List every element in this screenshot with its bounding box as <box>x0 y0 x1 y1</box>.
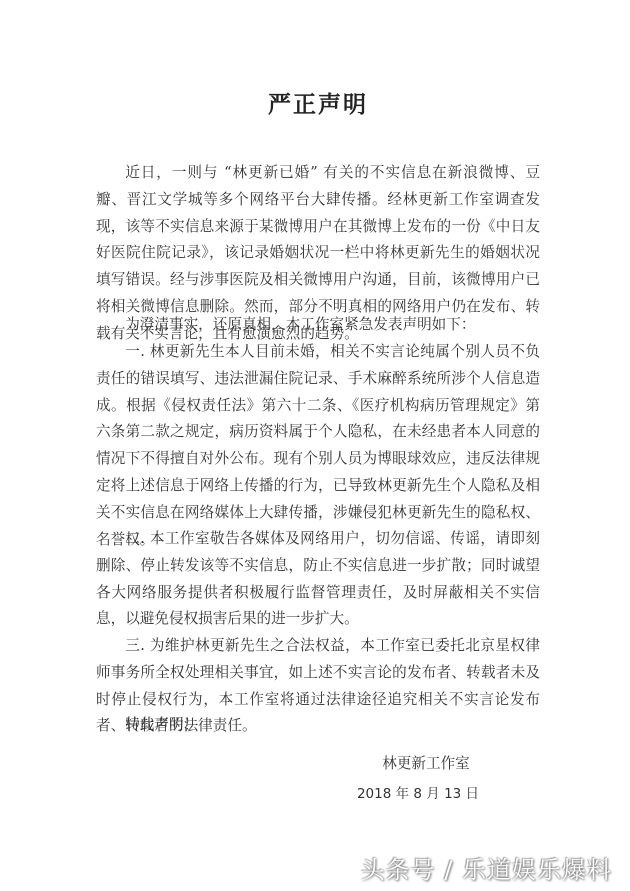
paragraph-point-two: 二. 本工作室敬告各媒体及网络用户，切勿信谣、传谣，请即刻删除、停止转发该等不实… <box>96 526 540 633</box>
paragraph-point-one: 一. 林更新先生本人目前未婚，相关不实言论纯属个别人员不负责任的错误填写、违法泄… <box>96 339 540 553</box>
paragraph-preface: 为澄清事实，还原真相，本工作室紧急发表声明如下： <box>96 312 540 339</box>
document-title: 严正声明 <box>96 86 540 119</box>
paragraph-closing: 特此声明！ <box>96 712 540 739</box>
watermark: 头条号 / 乐道娱乐爆料 <box>361 850 612 885</box>
signature: 林更新工作室 <box>356 752 496 773</box>
statement-date: 2018 年 8 月 13 日 <box>348 782 488 802</box>
